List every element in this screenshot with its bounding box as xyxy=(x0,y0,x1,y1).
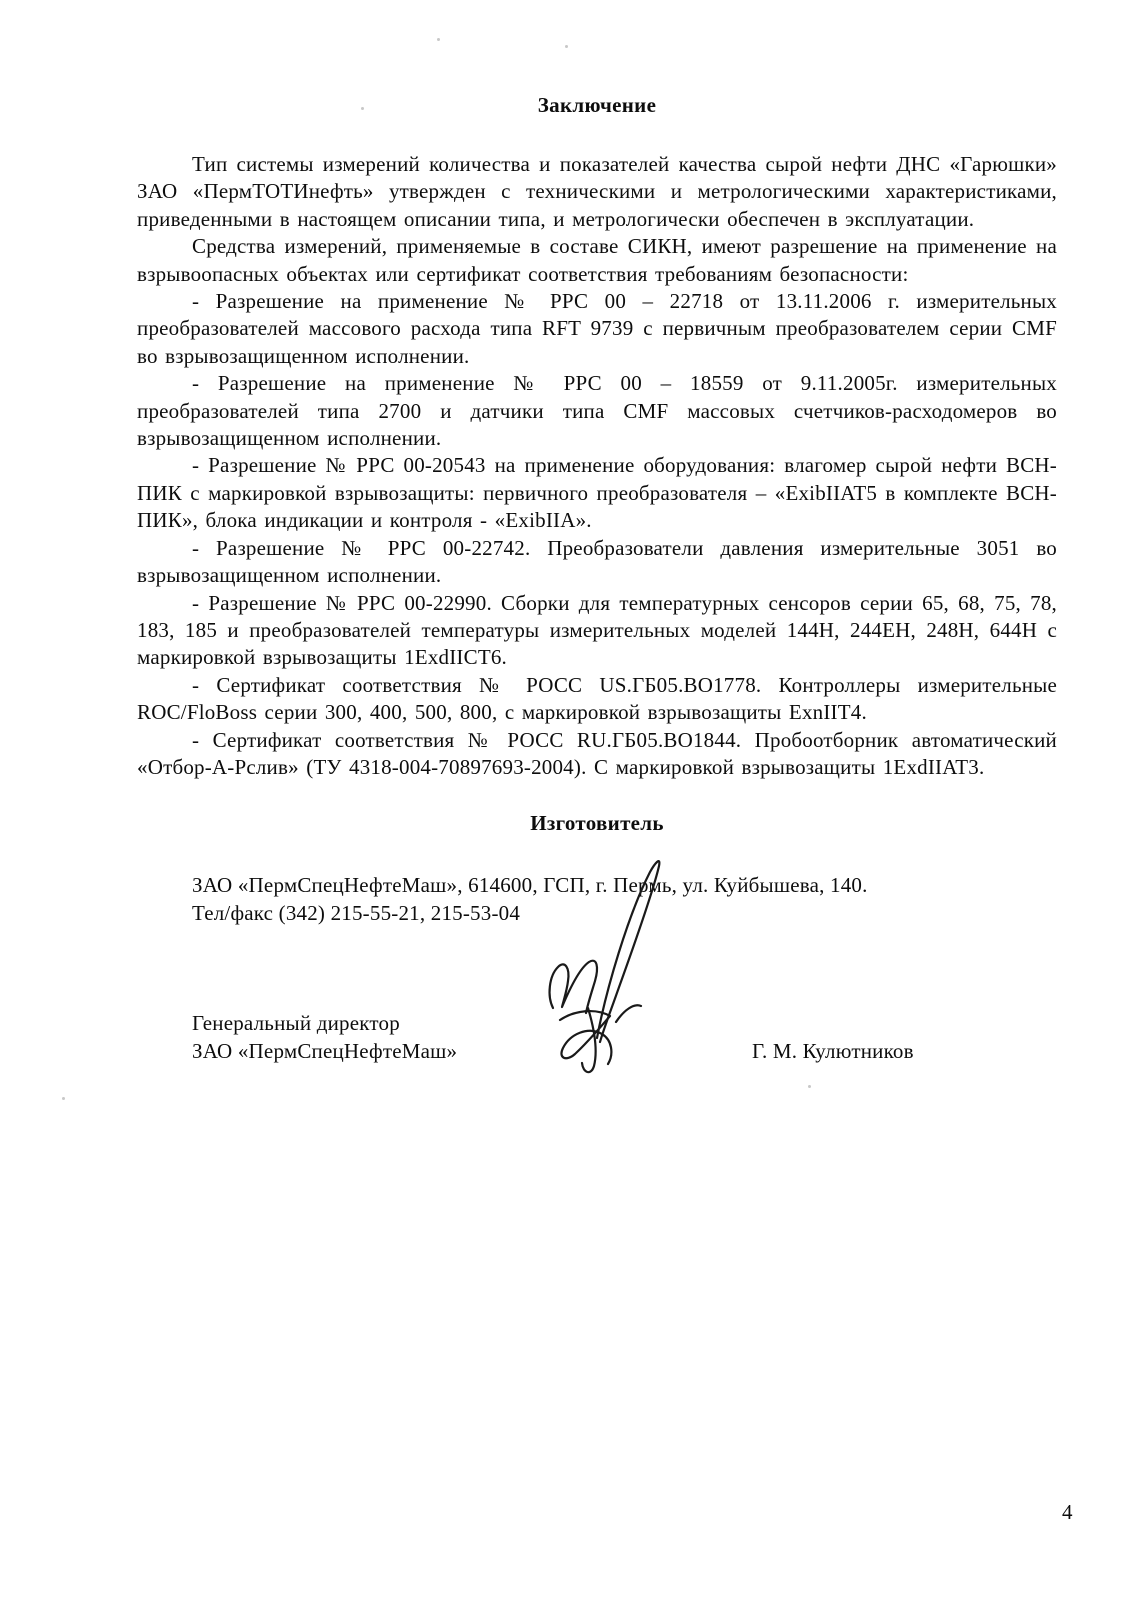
paragraph-type-approval: Тип системы измерений количества и показ… xyxy=(137,151,1057,233)
document-title: Заключение xyxy=(137,93,1057,118)
paragraph-cert-vo1778: - Сертификат соответствия № РОСС US.ГБ05… xyxy=(137,672,1057,727)
page-number: 4 xyxy=(1062,1500,1073,1525)
paragraph-permit-rrs-22718: - Разрешение на применение № РРС 00 – 22… xyxy=(137,288,1057,370)
scan-speck xyxy=(808,1085,811,1088)
director-role-line2: ЗАО «ПермСпецНефтеМаш» xyxy=(192,1037,457,1065)
scan-speck xyxy=(565,45,568,48)
scan-speck xyxy=(437,38,440,41)
paragraph-cert-vo1844: - Сертификат соответствия № РОСС RU.ГБ05… xyxy=(137,727,1057,782)
signer-name: Г. М. Кулютников xyxy=(752,1037,914,1065)
document-page: Заключение Тип системы измерений количес… xyxy=(0,0,1147,1606)
paragraph-permit-rrs-20543: - Разрешение № РРС 00-20543 на применени… xyxy=(137,452,1057,534)
paragraph-permit-rrs-18559: - Разрешение на применение № РРС 00 – 18… xyxy=(137,370,1057,452)
director-role: Генеральный директор ЗАО «ПермСпецНефтеМ… xyxy=(192,1009,457,1065)
paragraph-permit-rrs-22990: - Разрешение № РРС 00-22990. Сборки для … xyxy=(137,590,1057,672)
paragraph-permit-rrs-22742: - Разрешение № РРС 00-22742. Преобразова… xyxy=(137,535,1057,590)
scan-speck xyxy=(62,1097,65,1100)
director-role-line1: Генеральный директор xyxy=(192,1009,457,1037)
manufacturer-heading: Изготовитель xyxy=(137,811,1057,836)
scan-speck xyxy=(361,107,364,110)
handwritten-signature-icon xyxy=(540,845,680,1080)
paragraph-si-permits-intro: Средства измерений, применяемые в состав… xyxy=(137,233,1057,288)
